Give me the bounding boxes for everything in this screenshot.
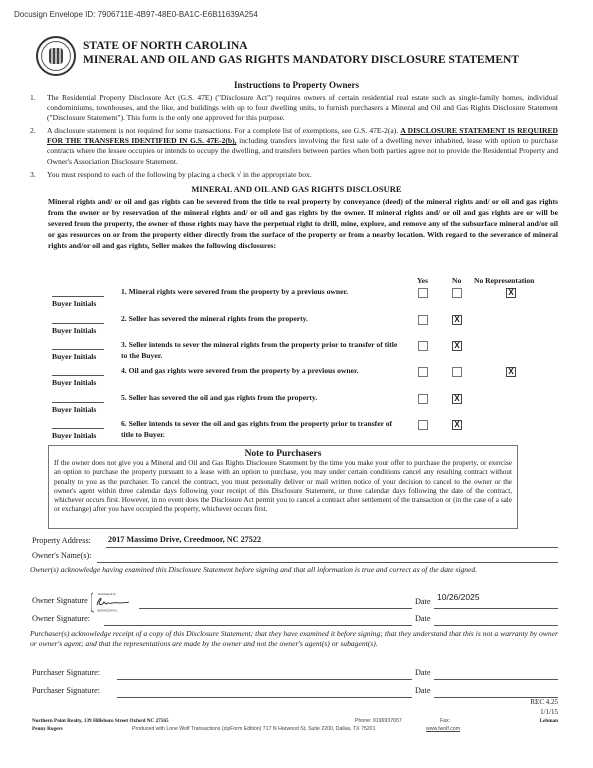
buyer-initials-field[interactable] xyxy=(52,375,104,376)
column-no-representation: No Representation xyxy=(474,276,534,285)
instruction-item-1: 1. The Residential Property Disclosure A… xyxy=(30,93,558,124)
purchaser-signature-field-2[interactable] xyxy=(117,686,412,698)
note-to-purchasers: Note to Purchasers If the owner does not… xyxy=(48,445,518,529)
no-checkbox[interactable] xyxy=(452,288,462,298)
owner-date-value-1: 10/26/2025 xyxy=(437,592,480,602)
svg-text:958F8AE2E5F4A1...: 958F8AE2E5F4A1... xyxy=(97,610,119,613)
no-checkbox[interactable]: X xyxy=(452,341,462,351)
note-heading: Note to Purchasers xyxy=(54,449,512,459)
footer-produced-by: Produced with Lone Wolf Transactions (zi… xyxy=(132,726,375,732)
yes-checkbox[interactable] xyxy=(418,288,428,298)
owner-acknowledgement: Owner(s) acknowledge having examined thi… xyxy=(30,565,558,575)
instructions-heading: Instructions to Property Owners xyxy=(0,80,593,90)
footer-agent: Penny Rogers xyxy=(32,726,63,732)
no-checkbox[interactable]: X xyxy=(452,315,462,325)
yes-checkbox[interactable] xyxy=(418,315,428,325)
form-title: MINERAL AND OIL AND GAS RIGHTS MANDATORY… xyxy=(83,54,519,66)
buyer-initials-field[interactable] xyxy=(52,323,104,324)
instruction-item-2: 2. A disclosure statement is not require… xyxy=(30,126,558,167)
footer-file-name: Lehman xyxy=(540,718,558,724)
purchaser-date-field-2[interactable] xyxy=(434,686,558,698)
column-yes: Yes xyxy=(417,276,428,285)
disclosure-row: Buyer Initials2. Seller has severed the … xyxy=(0,314,593,342)
disclosure-question: 5. Seller has severed the oil and gas ri… xyxy=(121,393,401,404)
footer-website-link[interactable]: www.lwolf.com xyxy=(426,726,460,732)
docusign-envelope-id: Docusign Envelope ID: 7906711E-4B97-48E0… xyxy=(14,10,258,19)
buyer-initials-label: Buyer Initials xyxy=(52,431,96,440)
buyer-initials-label: Buyer Initials xyxy=(52,326,96,335)
purchaser-date-field-1[interactable] xyxy=(434,668,558,680)
purchaser-signature-label-2: Purchaser Signature: xyxy=(32,686,100,695)
buyer-initials-label: Buyer Initials xyxy=(52,378,96,387)
owner-signature-label-2: Owner Signature: xyxy=(32,614,90,623)
disclosure-question: 2. Seller has severed the mineral rights… xyxy=(121,314,401,325)
yes-checkbox[interactable] xyxy=(418,394,428,404)
property-address-label: Property Address: xyxy=(32,536,91,545)
buyer-initials-label: Buyer Initials xyxy=(52,299,96,308)
no-representation-checkbox[interactable]: X xyxy=(506,288,516,298)
buyer-initials-field[interactable] xyxy=(52,402,104,403)
disclosure-row: Buyer Initials3. Seller intends to sever… xyxy=(0,340,593,368)
form-title-state: STATE OF NORTH CAROLINA xyxy=(83,40,248,52)
property-address-value: 2017 Massimo Drive, Creedmoor, NC 27522 xyxy=(108,535,261,544)
buyer-initials-field[interactable] xyxy=(52,349,104,350)
disclosure-intro: Mineral rights and/ or oil and gas right… xyxy=(48,196,558,251)
disclosure-question: 4. Oil and gas rights were severed from … xyxy=(121,366,401,377)
purchaser-signature-field-1[interactable] xyxy=(117,668,412,680)
disclosure-row: Buyer Initials5. Seller has severed the … xyxy=(0,393,593,421)
svg-text:DocuSigned by:: DocuSigned by: xyxy=(98,592,117,596)
owner-date-field-2[interactable] xyxy=(434,614,558,626)
owner-date-label-1: Date xyxy=(415,597,430,606)
purchaser-date-label-2: Date xyxy=(415,686,430,695)
no-checkbox[interactable]: X xyxy=(452,420,462,430)
buyer-initials-label: Buyer Initials xyxy=(52,405,96,414)
purchaser-signature-label-1: Purchaser Signature: xyxy=(32,668,100,677)
no-checkbox[interactable]: X xyxy=(452,394,462,404)
buyer-initials-field[interactable] xyxy=(52,296,104,297)
owners-name-field[interactable] xyxy=(97,551,558,563)
disclosure-heading: MINERAL AND OIL AND GAS RIGHTS DISCLOSUR… xyxy=(0,184,593,194)
buyer-initials-label: Buyer Initials xyxy=(52,352,96,361)
owner-signature-field-1[interactable] xyxy=(139,597,412,609)
disclosure-row: Buyer Initials4. Oil and gas rights were… xyxy=(0,366,593,394)
no-checkbox[interactable] xyxy=(452,367,462,377)
owner-signature-label-1: Owner Signature xyxy=(32,596,88,605)
disclosure-row: Buyer Initials6. Seller intends to sever… xyxy=(0,419,593,447)
footer-phone: Phone: 9196937657 xyxy=(355,718,402,724)
column-no: No xyxy=(452,276,461,285)
disclosure-question: 3. Seller intends to sever the mineral r… xyxy=(121,340,401,361)
docusign-signature-icon: DocuSigned by: 958F8AE2E5F4A1... xyxy=(91,591,141,613)
form-date: 1/1/15 xyxy=(540,708,558,716)
disclosure-question: 1. Mineral rights were severed from the … xyxy=(121,287,401,298)
buyer-initials-field[interactable] xyxy=(52,428,104,429)
note-text: If the owner does not give you a Mineral… xyxy=(54,459,512,515)
yes-checkbox[interactable] xyxy=(418,367,428,377)
yes-checkbox[interactable] xyxy=(418,341,428,351)
instruction-item-3: 3. You must respond to each of the follo… xyxy=(30,170,558,180)
owner-signature-field-2[interactable] xyxy=(104,614,412,626)
footer-fax: Fax: xyxy=(440,718,450,724)
form-code: REC 4.25 xyxy=(530,698,558,706)
no-representation-checkbox[interactable]: X xyxy=(506,367,516,377)
nc-state-seal-icon xyxy=(36,36,76,76)
owner-date-label-2: Date xyxy=(415,614,430,623)
footer-brokerage: Northern Point Realty, 139 Hillsboro Str… xyxy=(32,718,169,724)
purchaser-date-label-1: Date xyxy=(415,668,430,677)
purchaser-acknowledgement: Purchaser(s) acknowledge receipt of a co… xyxy=(30,629,558,649)
disclosure-question: 6. Seller intends to sever the oil and g… xyxy=(121,419,401,440)
disclosure-row: Buyer Initials1. Mineral rights were sev… xyxy=(0,287,593,315)
owners-name-label: Owner's Name(s): xyxy=(32,551,91,560)
yes-checkbox[interactable] xyxy=(418,420,428,430)
